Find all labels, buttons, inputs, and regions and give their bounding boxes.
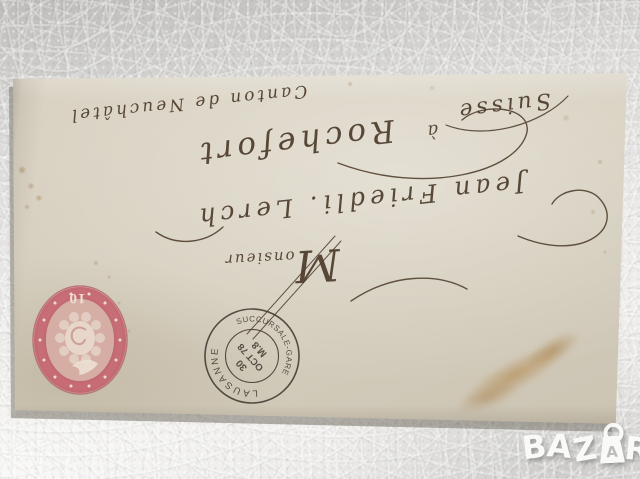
- watermark-letter: A: [546, 429, 573, 463]
- watermark-letter: Z: [571, 431, 599, 467]
- shopping-bag-icon: A: [598, 421, 625, 463]
- watermark-letter: B: [520, 430, 548, 465]
- watermark-letter: R: [624, 432, 640, 466]
- address-name: Jean Friedli. Lerch: [193, 168, 531, 232]
- bazar-watermark: B A Z A R: [522, 422, 640, 463]
- watermark-letter: A: [599, 442, 625, 461]
- address-canton: Canton de Neuchâtel: [68, 81, 308, 126]
- address-town: Rochefort: [194, 112, 398, 172]
- handwritten-address: Canton de Neuchâtel Suisse Rochefort à J…: [0, 0, 640, 479]
- address-town-prefix: à: [427, 119, 440, 141]
- photo-stage: 10 LAUSANNE SUCCURSALE-GARE 30 OCT 78 M.…: [0, 0, 640, 479]
- address-salutation: Monsieur: [223, 238, 342, 295]
